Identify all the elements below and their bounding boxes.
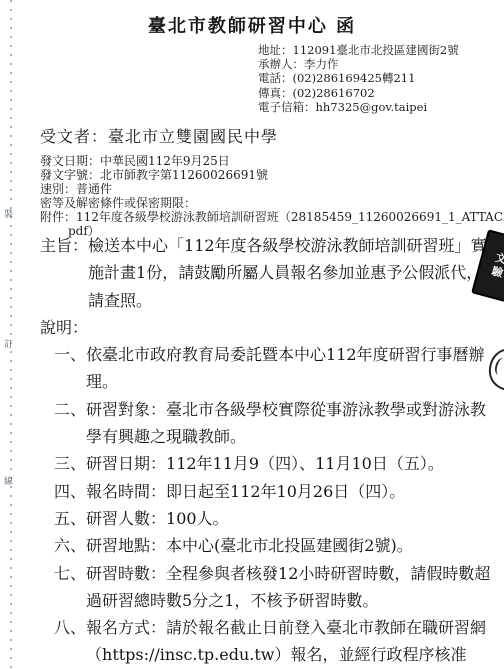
item-line: 報名方式：請於報名截止日前登入臺北市教師在職研習網 bbox=[86, 614, 486, 641]
item-number: 四、 bbox=[54, 478, 86, 505]
meta-date: 發文日期：中華民國112年9月25日 bbox=[40, 154, 504, 168]
item-number: 六、 bbox=[54, 532, 86, 559]
explanation-item-7: 七、 研習時數：全程參與者核發12小時研習時數，請假時數超 過研習總時數5分之1… bbox=[40, 560, 480, 615]
item-line: 依臺北市政府教育局委託暨本中心112年度研習行事曆辦 bbox=[86, 341, 485, 368]
item-number: 五、 bbox=[54, 505, 86, 532]
binding-mark-zhuang: 裝 bbox=[4, 210, 13, 220]
item-line: 研習時數：全程參與者核發12小時研習時數，請假時數超 bbox=[86, 560, 490, 587]
meta-attachment-line1: 附件：112年度各級學校游泳教師培訓研習班（28185459_112600266… bbox=[40, 210, 504, 224]
explanation-item-1: 一、 依臺北市政府教育局委託暨本中心112年度研習行事曆辦 理。 bbox=[40, 341, 480, 396]
subject-line: 檢送本中心「112年度各級學校游泳教師培訓研習班」實 bbox=[88, 232, 487, 259]
explanation-label: 說明： bbox=[40, 314, 480, 341]
item-line: 研習對象：臺北市各級學校實際從事游泳教學或對游泳教 bbox=[86, 396, 486, 423]
contact-fax: 傳真：(02)28616702 bbox=[258, 86, 459, 100]
contact-block: 地址：112091臺北市北投區建國街2號 承辦人：李力作 電話：(02)2861… bbox=[258, 43, 459, 114]
subject-line: 施計畫1份，請鼓勵所屬人員報名參加並惠予公假派代， bbox=[88, 259, 487, 286]
item-number: 二、 bbox=[54, 396, 86, 451]
recipient-line: 受文者：臺北市立雙園國民中學 bbox=[40, 124, 278, 147]
contact-email: 電子信箱：hh7325@gov.taipei bbox=[258, 100, 459, 114]
explanation-item-5: 五、 研習人數：100人。 bbox=[40, 505, 480, 532]
item-line: 報名時間：即日起至112年10月26日（四）。 bbox=[86, 478, 480, 505]
item-line: 過研習總時數5分之1，不核予研習時數。 bbox=[86, 587, 490, 614]
item-line: 研習地點：本中心(臺北市北投區建國街2號)。 bbox=[86, 532, 480, 559]
meta-block: 發文日期：中華民國112年9月25日 發文字號：北市師教字第1126002669… bbox=[40, 154, 504, 238]
item-line: 研習日期：112年11月9（四）、11月10日（五）。 bbox=[86, 450, 480, 477]
explanation-item-8: 八、 報名方式：請於報名截止日前登入臺北市教師在職研習網 （https://in… bbox=[40, 614, 480, 669]
binding-mark-ding: 訂 bbox=[4, 340, 13, 350]
seal-outline bbox=[487, 347, 504, 394]
contact-address: 地址：112091臺北市北投區建國街2號 bbox=[258, 43, 459, 57]
item-line: 研習人數：100人。 bbox=[86, 505, 480, 532]
meta-speed: 速別：普通件 bbox=[40, 182, 504, 196]
binding-mark-xian: 線 bbox=[4, 477, 13, 487]
meta-doc-number: 發文字號：北市師教字第11260026691號 bbox=[40, 168, 504, 182]
contact-person: 承辦人：李力作 bbox=[258, 57, 459, 71]
document-title: 臺北市教師研習中心 函 bbox=[0, 12, 504, 38]
explanation-item-2: 二、 研習對象：臺北市各級學校實際從事游泳教學或對游泳教 學有興趣之現職教師。 bbox=[40, 396, 480, 451]
official-document-page: 裝 訂 線 臺北市教師研習中心 函 地址：112091臺北市北投區建國街2號 承… bbox=[0, 0, 504, 669]
explanation-item-4: 四、 報名時間：即日起至112年10月26日（四）。 bbox=[40, 478, 480, 505]
item-number: 八、 bbox=[54, 614, 86, 669]
item-line: （https://insc.tp.edu.tw）報名，並經行政程序核准 bbox=[86, 641, 486, 668]
binding-dotted-line bbox=[10, 0, 12, 669]
item-line: 學有興趣之現職教師。 bbox=[86, 423, 486, 450]
item-number: 三、 bbox=[54, 450, 86, 477]
item-line: 理。 bbox=[86, 368, 485, 395]
explanation-item-3: 三、 研習日期：112年11月9（四）、11月10日（五）。 bbox=[40, 450, 480, 477]
explanation-item-6: 六、 研習地點：本中心(臺北市北投區建國街2號)。 bbox=[40, 532, 480, 559]
subject-label: 主旨： bbox=[40, 232, 88, 314]
subject-line: 請查照。 bbox=[88, 287, 487, 314]
contact-phone: 電話：(02)286169425轉211 bbox=[258, 71, 459, 85]
item-number: 七、 bbox=[54, 560, 86, 615]
subject-section: 主旨： 檢送本中心「112年度各級學校游泳教師培訓研習班」實 施計畫1份，請鼓勵… bbox=[40, 232, 480, 314]
item-number: 一、 bbox=[54, 341, 86, 396]
document-body: 主旨： 檢送本中心「112年度各級學校游泳教師培訓研習班」實 施計畫1份，請鼓勵… bbox=[40, 232, 480, 669]
meta-security: 密等及解密條件或保密期限： bbox=[40, 196, 504, 210]
